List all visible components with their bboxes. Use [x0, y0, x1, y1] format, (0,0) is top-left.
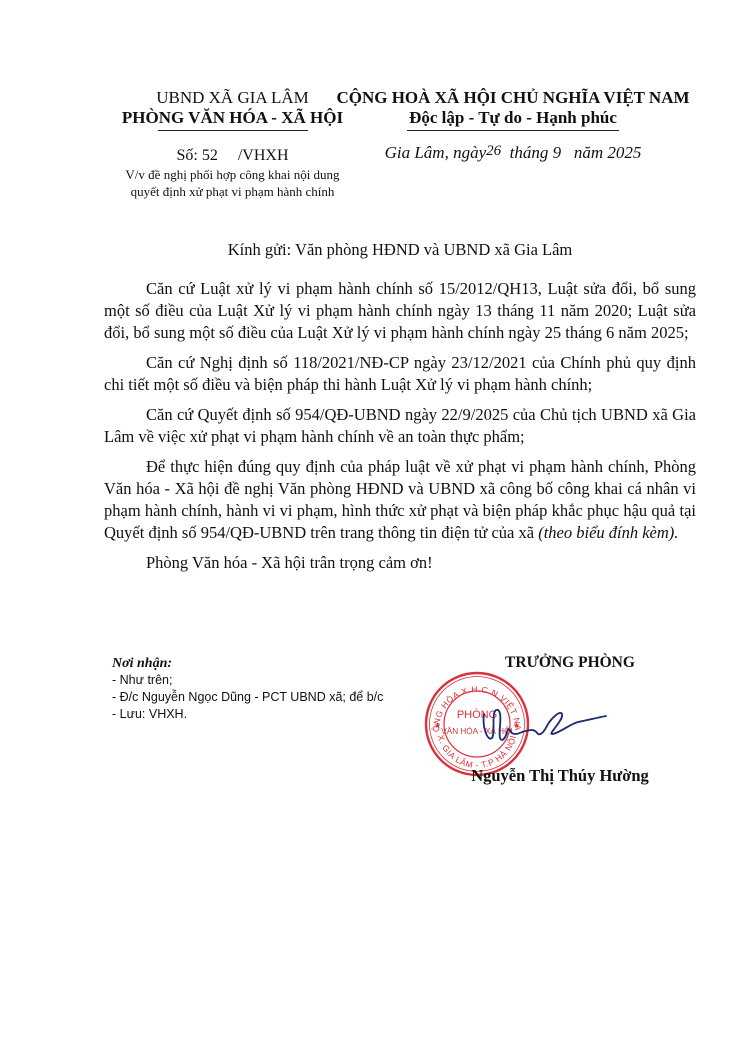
- recipients-title: Nơi nhận:: [112, 655, 442, 672]
- parent-agency: UBND XÃ GIA LÂM: [100, 88, 365, 108]
- date-place: Gia Lâm, ngày: [385, 143, 487, 162]
- motto-underline: [407, 130, 619, 131]
- signature-icon: [478, 700, 608, 748]
- svg-text:★: ★: [434, 721, 441, 730]
- date-day: 26: [486, 143, 501, 159]
- paragraph: Căn cứ Quyết định số 954/QĐ-UBND ngày 22…: [104, 404, 696, 448]
- date-month: 9: [553, 143, 562, 162]
- paragraph: Căn cứ Nghị định số 118/2021/NĐ-CP ngày …: [104, 352, 696, 396]
- recipient-item: - Lưu: VHXH.: [112, 706, 442, 723]
- date-year: năm 2025: [574, 143, 642, 162]
- recipients-block: Nơi nhận: - Như trên; - Đ/c Nguyễn Ngọc …: [112, 655, 442, 723]
- subject-line-1: V/v đề nghị phối hợp công khai nội dung: [100, 166, 365, 183]
- salutation: Kính gửi: Văn phòng HĐND và UBND xã Gia …: [100, 240, 700, 260]
- closing-line: Phòng Văn hóa - Xã hội trân trọng cảm ơn…: [104, 552, 696, 574]
- signer-name: Nguyễn Thị Thúy Hường: [440, 766, 680, 786]
- subject: V/v đề nghị phối hợp công khai nội dung …: [100, 166, 365, 200]
- recipient-item: - Đ/c Nguyễn Ngọc Dũng - PCT UBND xã; để…: [112, 689, 442, 706]
- motto: Độc lập - Tự do - Hạnh phúc: [333, 108, 693, 128]
- nation-title: CỘNG HOÀ XÃ HỘI CHỦ NGHĨA VIỆT NAM: [333, 88, 693, 108]
- agency-name: PHÒNG VĂN HÓA - XÃ HỘI: [100, 108, 365, 128]
- letter-body: Căn cứ Luật xử lý vi phạm hành chính số …: [104, 278, 696, 582]
- issuing-agency-block: UBND XÃ GIA LÂM PHÒNG VĂN HÓA - XÃ HỘI: [100, 88, 365, 131]
- paragraph: Để thực hiện đúng quy định của pháp luật…: [104, 456, 696, 544]
- attachment-note: (theo biểu đính kèm).: [538, 523, 678, 542]
- document-number: Số: 52 /VHXH: [100, 147, 365, 165]
- paragraph: Căn cứ Luật xử lý vi phạm hành chính số …: [104, 278, 696, 344]
- subject-line-2: quyết định xử phạt vi phạm hành chính: [100, 183, 365, 200]
- date-line: Gia Lâm, ngày26 tháng 9 năm 2025: [333, 143, 693, 163]
- agency-underline: [158, 130, 308, 131]
- date-month-label: tháng: [510, 143, 549, 162]
- recipient-item: - Như trên;: [112, 672, 442, 689]
- national-title-block: CỘNG HOÀ XÃ HỘI CHỦ NGHĨA VIỆT NAM Độc l…: [333, 88, 693, 131]
